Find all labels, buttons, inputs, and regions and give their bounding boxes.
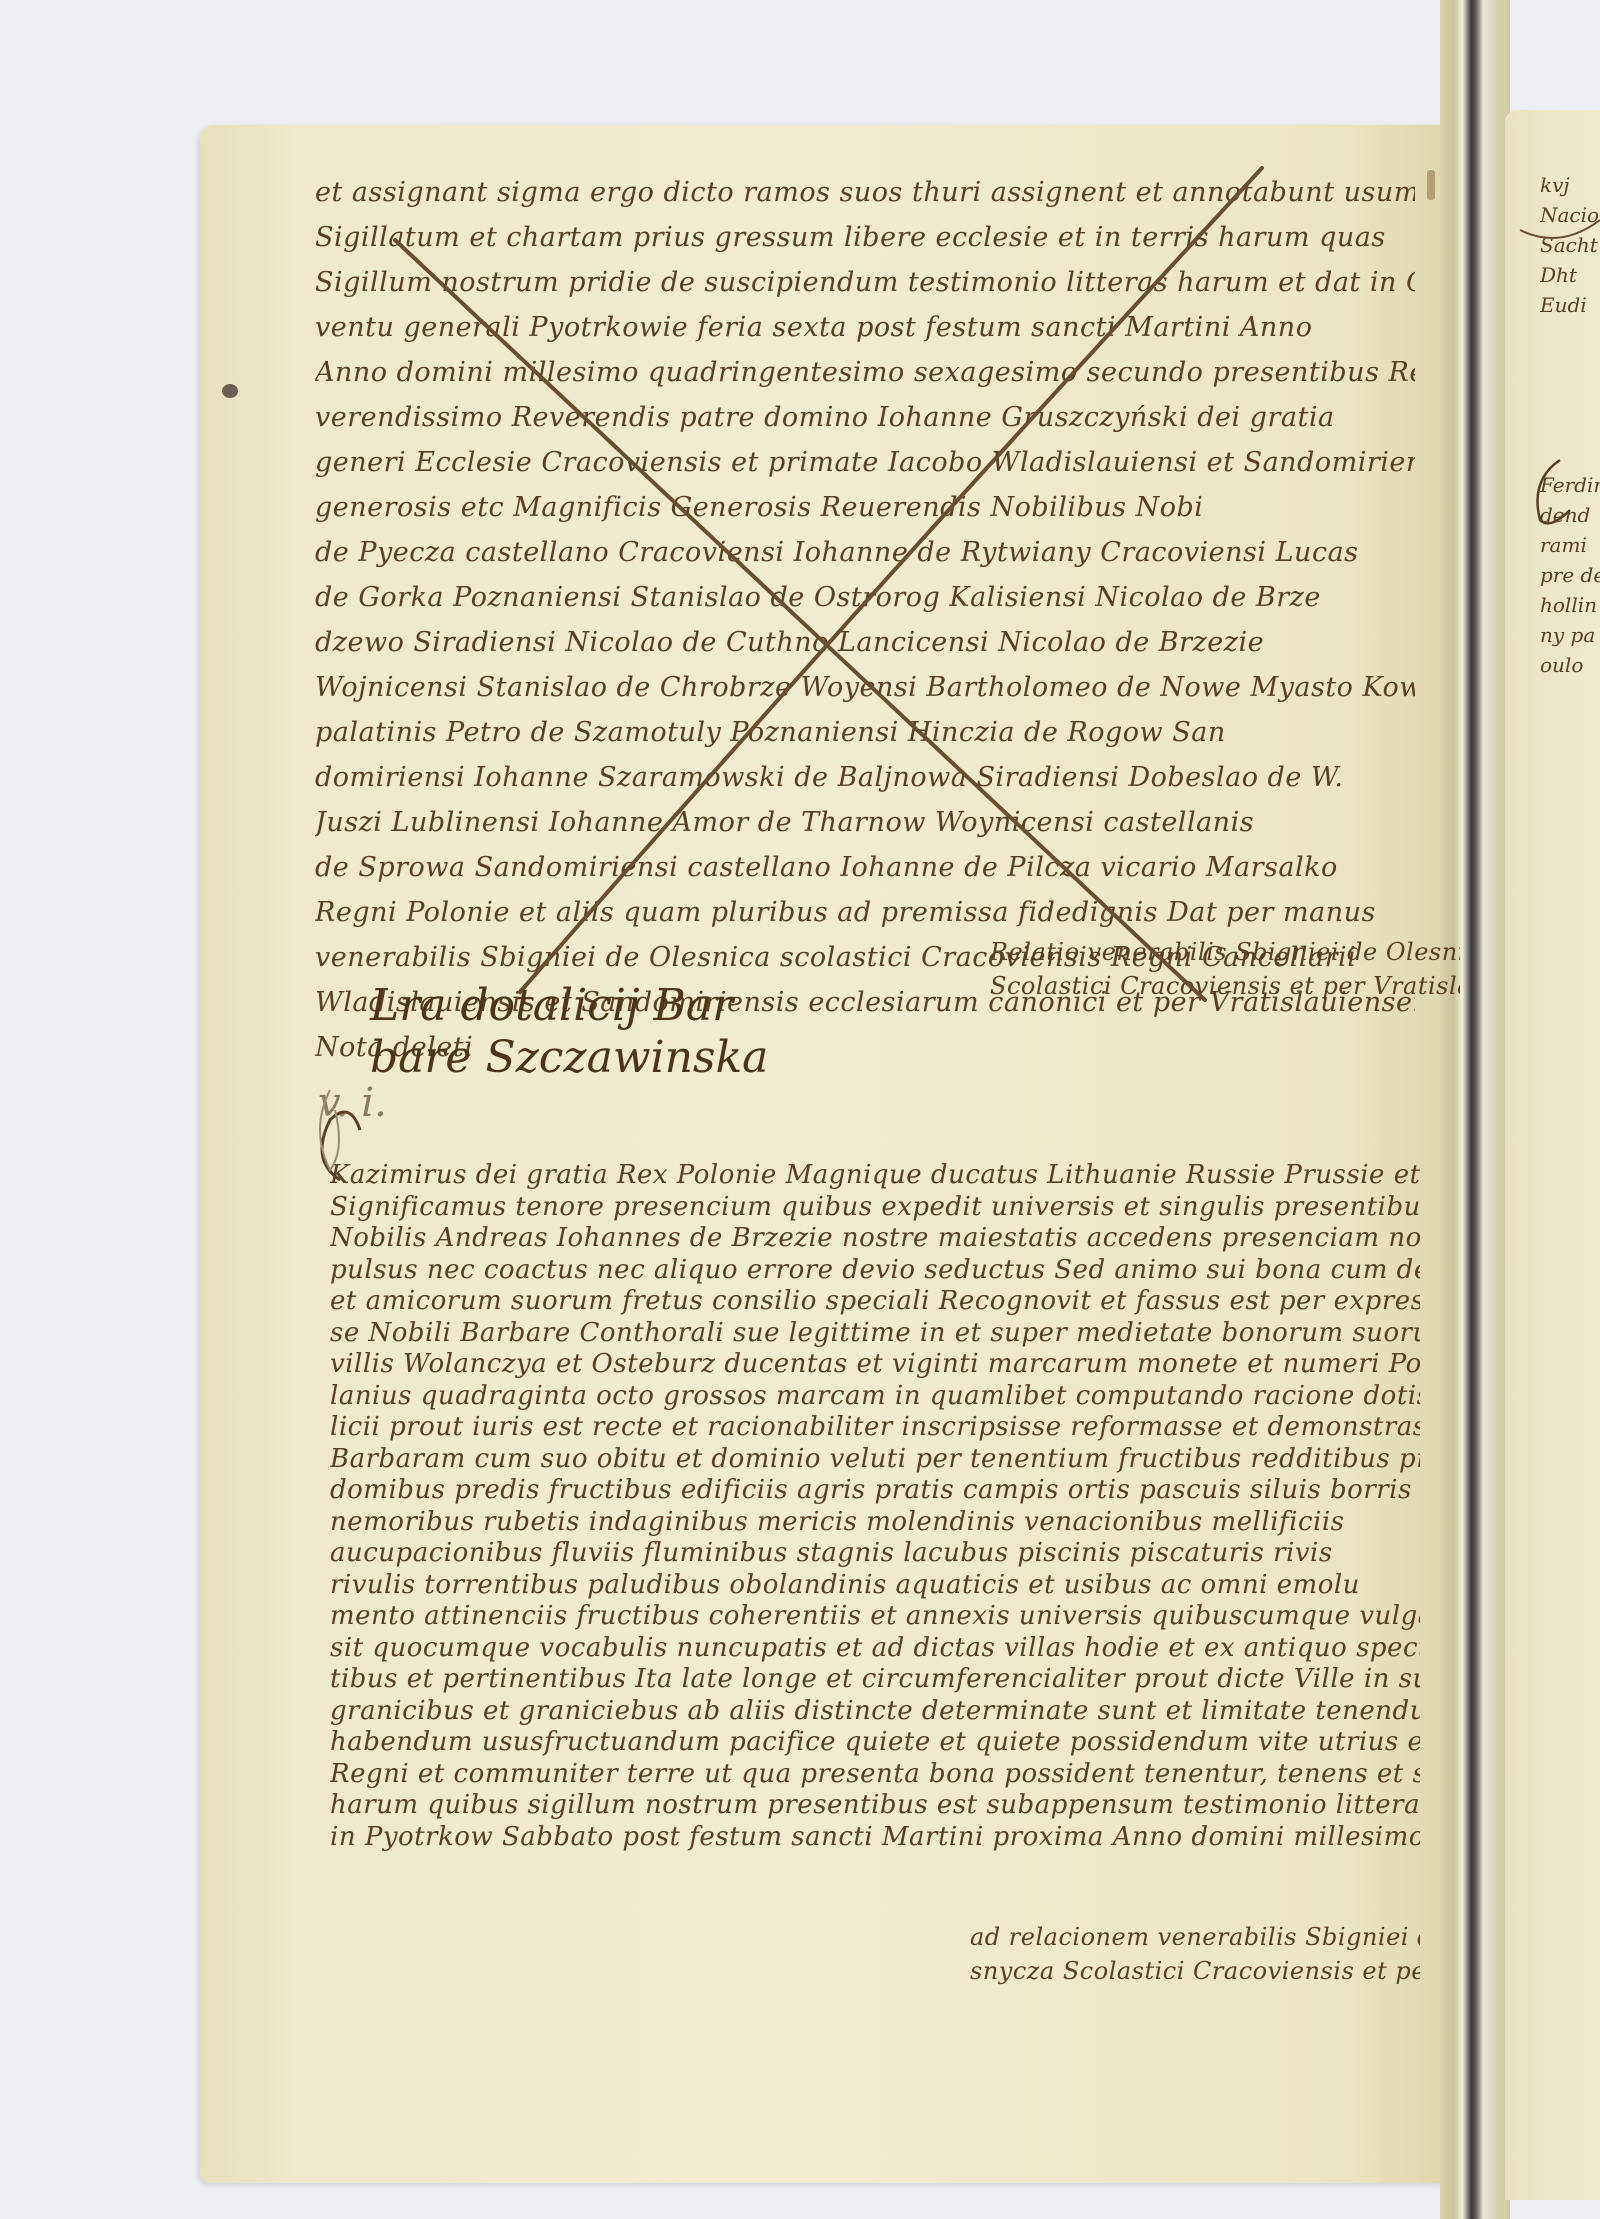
manuscript-line: sit quocumque vocabulis nuncupatis et ad… [330, 1633, 1420, 1665]
manuscript-line: Anno domini millesimo quadringentesimo s… [315, 350, 1415, 395]
manuscript-line: palatinis Petro de Szamotuly Poznaniensi… [315, 710, 1415, 755]
right-page-fragment: rami [1540, 530, 1600, 560]
note-line: ad relacionem venerabilis Sbigniei de Ol… [970, 1920, 1420, 1954]
right-page-fragment: Ferdin [1540, 470, 1600, 500]
right-page-fragment: kvj [1540, 170, 1600, 200]
margin-dot-mark [222, 384, 238, 398]
manuscript-line: Barbaram cum suo obitu et dominio veluti… [330, 1444, 1420, 1476]
book-spine-gutter [1440, 0, 1510, 2219]
closing-relatio-note: ad relacionem venerabilis Sbigniei de Ol… [970, 1920, 1420, 1988]
manuscript-line: de Pyecza castellano Cracoviensi Iohanne… [315, 530, 1415, 575]
note-line: snycza Scolastici Cracoviensis et per Vr… [970, 1954, 1420, 1988]
ink-blot [1427, 170, 1435, 200]
margin-mark: v. i. [318, 1080, 387, 1126]
manuscript-line: pulsus nec coactus nec aliquo errore dev… [330, 1255, 1420, 1287]
right-page-fragment: ny pa [1540, 620, 1600, 650]
manuscript-line: de Gorka Poznaniensi Stanislao de Ostror… [315, 575, 1415, 620]
manuscript-line: tibus et pertinentibus Ita late longe et… [330, 1664, 1420, 1696]
manuscript-line: aucupacionibus fluviis fluminibus stagni… [330, 1538, 1420, 1570]
manuscript-line: Sigillatum et chartam prius gressum libe… [315, 215, 1415, 260]
manuscript-line: Nobilis Andreas Iohannes de Brzezie nost… [330, 1223, 1420, 1255]
manuscript-line: de Sprowa Sandomiriensi castellano Iohan… [315, 845, 1415, 890]
manuscript-line: domiriensi Iohanne Szaramowski de Baljno… [315, 755, 1415, 800]
manuscript-line: rivulis torrentibus paludibus obolandini… [330, 1570, 1420, 1602]
manuscript-line: Kazimirus dei gratia Rex Polonie Magniqu… [330, 1160, 1420, 1192]
right-page-fragment: oulo [1540, 650, 1600, 680]
right-page-fragment: Sacht [1540, 230, 1600, 260]
manuscript-line: mento attinenciis fructibus coherentiis … [330, 1601, 1420, 1633]
manuscript-line: Sigillum nostrum pridie de suscipiendum … [315, 260, 1415, 305]
right-page-fragment: dend [1540, 500, 1600, 530]
manuscript-line: Significamus tenore presencium quibus ex… [330, 1192, 1420, 1224]
note-line: Scolastici Cracoviensis et per Vratislau… [990, 969, 1460, 1003]
manuscript-line: harum quibus sigillum nostrum presentibu… [330, 1790, 1420, 1822]
right-page-fragment: Dht [1540, 260, 1600, 290]
manuscript-line: et assignant sigma ergo dicto ramos suos… [315, 170, 1415, 215]
manuscript-line: nemoribus rubetis indaginibus mericis mo… [330, 1507, 1420, 1539]
manuscript-line: se Nobili Barbare Conthorali sue legitti… [330, 1318, 1420, 1350]
right-page-fragment: Eudi [1540, 290, 1600, 320]
right-page-fragment: pre de [1540, 560, 1600, 590]
manuscript-line: dzewo Siradiensi Nicolao de Cuthno Lanci… [315, 620, 1415, 665]
manuscript-line: ventu generali Pyotrkowie feria sexta po… [315, 305, 1415, 350]
manuscript-line: et amicorum suorum fretus consilio speci… [330, 1286, 1420, 1318]
manuscript-line: lanius quadraginta octo grossos marcam i… [330, 1381, 1420, 1413]
heading-line: bare Szczawinska [370, 1032, 930, 1084]
manuscript-line: Regni Polonie et aliis quam pluribus ad … [315, 890, 1415, 935]
manuscript-line: Wojnicensi Stanislao de Chrobrze Woyensi… [315, 665, 1415, 710]
manuscript-line: licii prout iuris est recte et racionabi… [330, 1412, 1420, 1444]
manuscript-line: generi Ecclesie Cracoviensis et primate … [315, 440, 1415, 485]
manuscript-line: in Pyotrkow Sabbato post festum sancti M… [330, 1822, 1420, 1854]
manuscript-line: habendum ususfructuandum pacifice quiete… [330, 1727, 1420, 1759]
right-page-text-fragments: kvjNacioSachtDhtEudiFerdindendramipre de… [1540, 170, 1600, 680]
manuscript-line: verendissimo Reverendis patre domino Ioh… [315, 395, 1415, 440]
right-page-fragment: hollin [1540, 590, 1600, 620]
manuscript-line: domibus predis fructibus edificiis agris… [330, 1475, 1420, 1507]
marginal-note-relatio: Relatio venerabilis Sbigniei de Olesnica… [990, 935, 1460, 1003]
right-page-fragment: Nacio [1540, 200, 1600, 230]
heading-line: Lra dotalicij Bar [370, 980, 930, 1032]
entry-heading: Lra dotalicij Bar bare Szczawinska [370, 980, 930, 1084]
text-block-charter: Kazimirus dei gratia Rex Polonie Magniqu… [330, 1160, 1420, 1853]
manuscript-line: granicibus et graniciebus ab aliis disti… [330, 1696, 1420, 1728]
manuscript-line: Regni et communiter terre ut qua present… [330, 1759, 1420, 1791]
manuscript-line: generosis etc Magnificis Generosis Reuer… [315, 485, 1415, 530]
manuscript-line: Juszi Lublinensi Iohanne Amor de Tharnow… [315, 800, 1415, 845]
manuscript-line: villis Wolanczya et Osteburz ducentas et… [330, 1349, 1420, 1381]
note-line: Relatio venerabilis Sbigniei de Olesnica [990, 935, 1460, 969]
